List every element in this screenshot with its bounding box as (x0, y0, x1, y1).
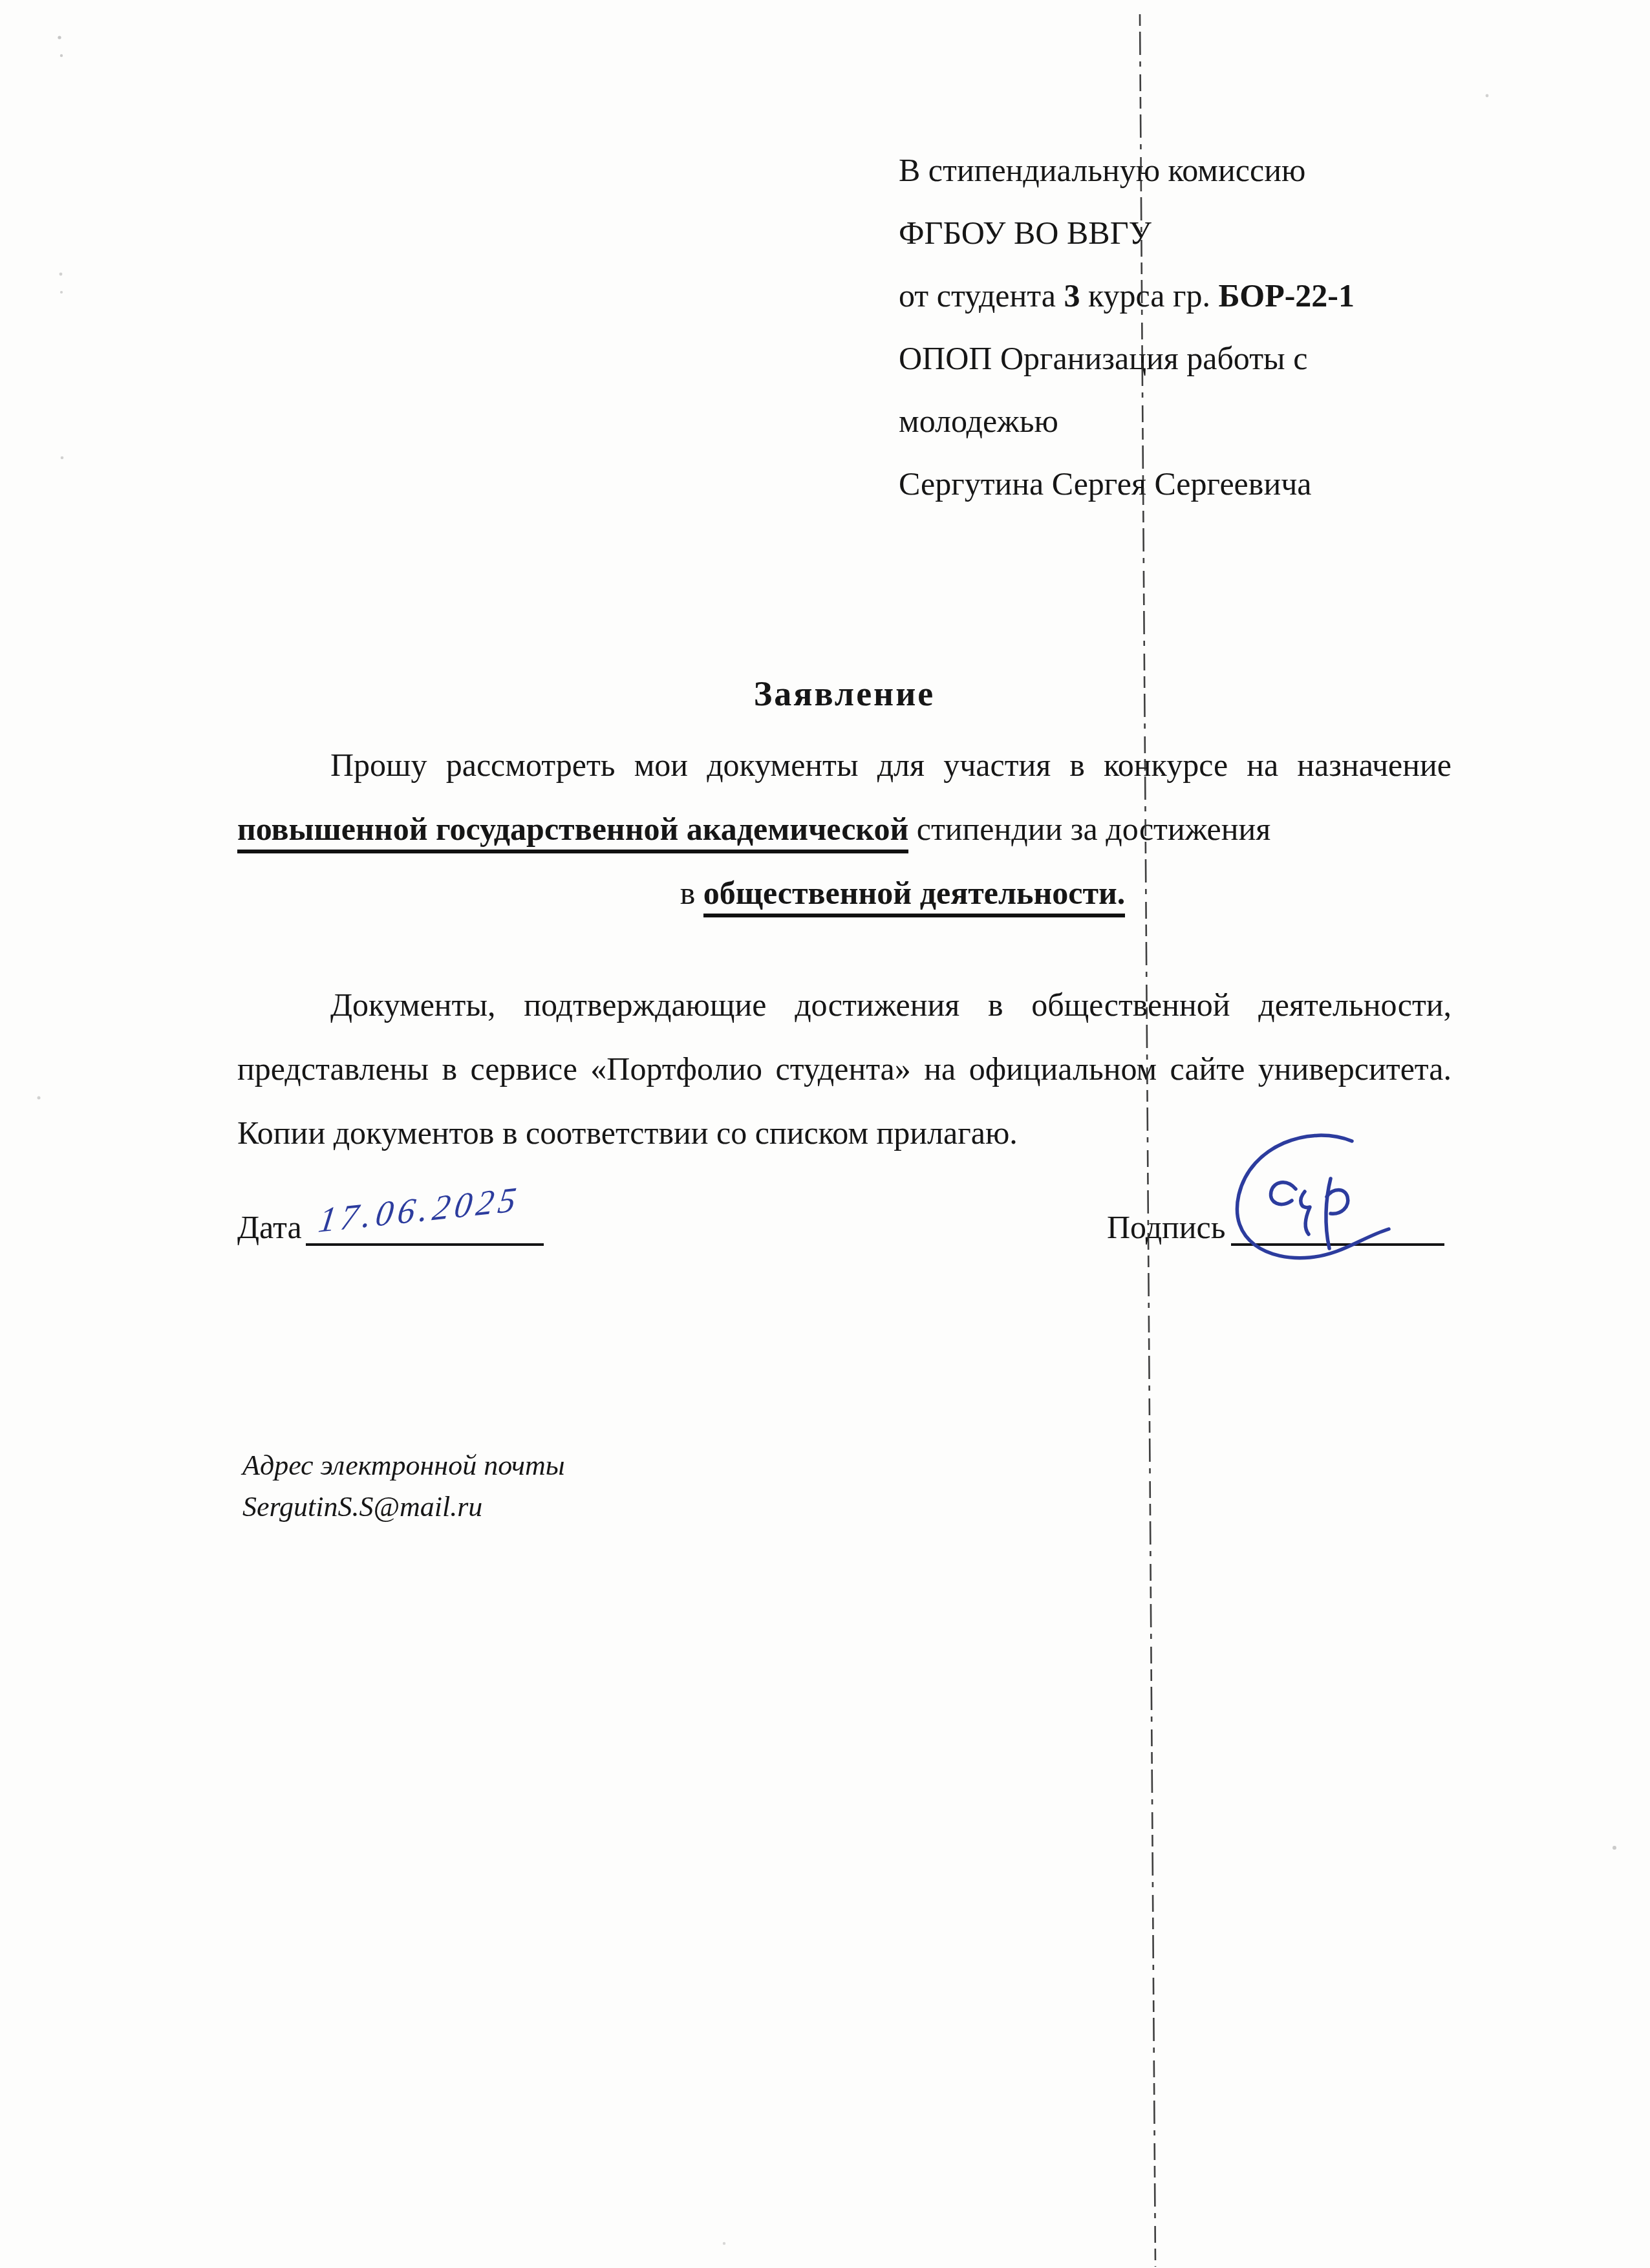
signature-label: Подпись (1107, 1209, 1226, 1245)
email-block: Адрес электронной почты SergutinS.S@mail… (242, 1445, 565, 1528)
date-underline: 17.06.2025 (306, 1206, 544, 1246)
addressee-line-student: от студента 3 курса гр. БОР-22-1 (899, 264, 1355, 327)
student-line-pre: от студента (899, 277, 1064, 314)
addressee-line-student-name: Сергутина Сергея Сергеевича (899, 453, 1355, 515)
date-signature-row: Дата17.06.2025 Подпись (237, 1206, 1452, 1354)
request-line-3: в общественной деятельности. (237, 862, 1452, 926)
date-label: Дата (237, 1209, 302, 1245)
request-line-2-rest: стипендии за достижения (908, 811, 1270, 847)
request-paragraph: Прошу рассмотреть мои документы для учас… (237, 734, 1452, 926)
addressee-line-program-wrap: молодежью (899, 390, 1355, 453)
addressee-line-commission: В стипендиальную комиссию (899, 139, 1355, 202)
addressee-block: В стипендиальную комиссию ФГБОУ ВО ВВГУ … (899, 139, 1355, 515)
handwritten-date: 17.06.2025 (316, 1179, 523, 1241)
group-code-bold: БОР-22-1 (1219, 277, 1355, 314)
scanned-application-page: В стипендиальную комиссию ФГБОУ ВО ВВГУ … (0, 0, 1650, 2268)
date-group: Дата17.06.2025 (237, 1206, 544, 1246)
document-title: Заявление (237, 674, 1452, 714)
documents-line-1: Документы, подтверждающие достижения в о… (237, 973, 1452, 1037)
email-address: SergutinS.S@mail.ru (242, 1486, 565, 1528)
underlined-activity-area: общественной деятельности. (703, 875, 1126, 917)
request-line-2: повышенной государственной академической… (237, 798, 1452, 862)
request-line-3-pre: в (680, 875, 703, 911)
signature-group: Подпись (1107, 1206, 1444, 1246)
addressee-line-university: ФГБОУ ВО ВВГУ (899, 202, 1355, 264)
documents-line-2: представлены в сервисе «Портфолио студен… (237, 1037, 1452, 1101)
underlined-scholarship-type: повышенной государственной академической (237, 811, 908, 853)
course-number-bold: 3 (1064, 277, 1080, 314)
addressee-line-program: ОПОП Организация работы с (899, 327, 1355, 390)
signature-underline (1231, 1206, 1444, 1246)
email-label: Адрес электронной почты (242, 1445, 565, 1486)
request-line-1: Прошу рассмотреть мои документы для учас… (237, 734, 1452, 798)
student-line-mid: курса гр. (1080, 277, 1218, 314)
signature-scribble (1219, 1127, 1420, 1266)
